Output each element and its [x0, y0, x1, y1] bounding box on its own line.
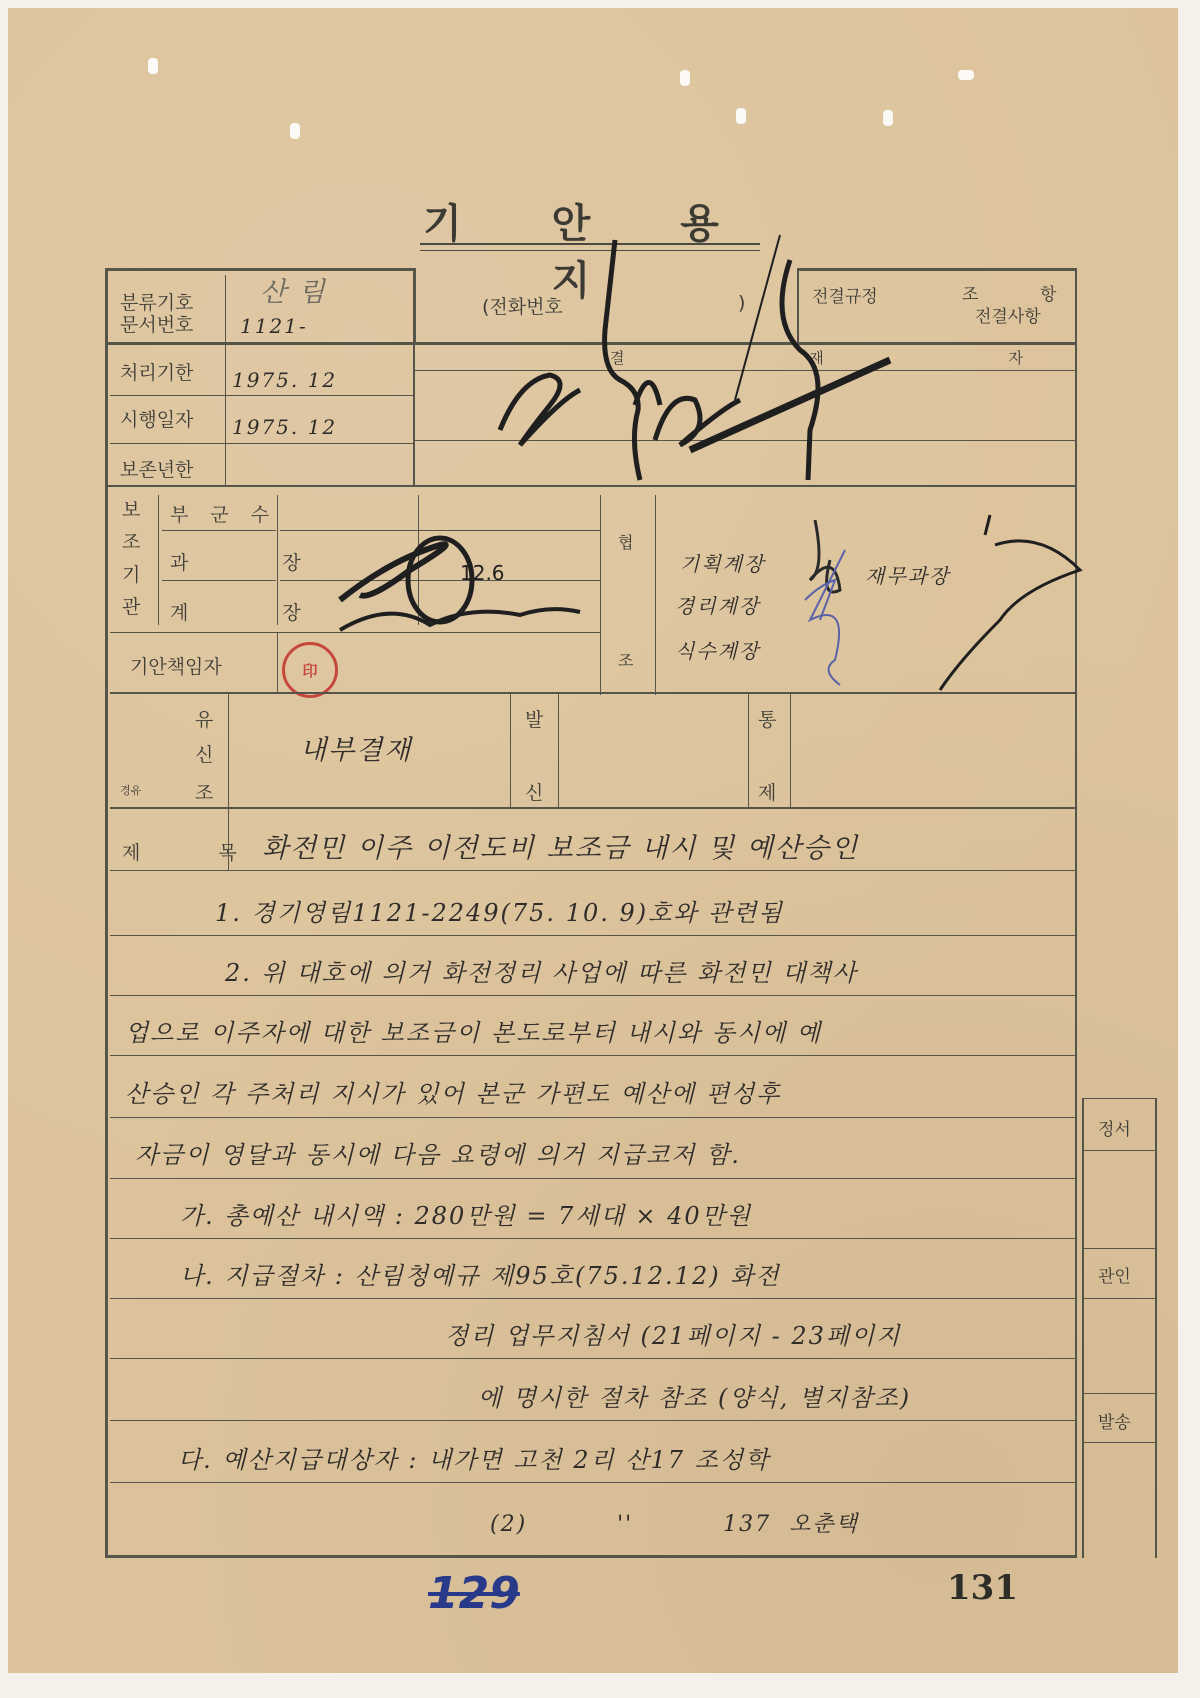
divider — [748, 694, 749, 807]
row-line — [1084, 1442, 1155, 1443]
old-page-number: 129 — [428, 1568, 520, 1619]
aux-group-label-4: 관 — [122, 592, 140, 619]
cooperation-label-bottom: 조 — [618, 648, 633, 671]
row-line — [1084, 1298, 1155, 1299]
punch-hole — [736, 108, 746, 124]
divider — [790, 694, 791, 807]
body-line-9: 에 명시한 절차 참조 (양식, 별지참조) — [478, 1378, 911, 1413]
via-label: 경유 — [120, 782, 141, 798]
row-line — [1084, 1393, 1155, 1394]
divider — [510, 694, 511, 807]
divider — [655, 495, 656, 695]
side-item-dispatch: 발송 — [1098, 1408, 1131, 1433]
effective-date-value: 1975. 12 — [232, 415, 337, 439]
divider — [225, 345, 226, 485]
aux-group-label-1: 보 — [122, 495, 140, 522]
retention-period-label: 보존년한 — [120, 455, 193, 482]
cooperation-entry-planning: 기획계장 — [680, 548, 765, 577]
aux-signature-date: 12.6 — [460, 561, 505, 585]
effective-date-label: 시행일자 — [120, 405, 193, 432]
side-panel-left — [1082, 1098, 1084, 1558]
divider — [228, 809, 229, 871]
divider — [228, 694, 229, 807]
body-line-5: 자금이 영달과 동시에 다음 요령에 의거 지급코저 함. — [135, 1135, 741, 1170]
ruled-line — [110, 1055, 1075, 1056]
divider — [277, 495, 278, 625]
recipient-label-2: 신 — [195, 740, 213, 767]
row-line — [162, 530, 276, 531]
subject-label: 제 목 — [122, 838, 273, 865]
divider — [158, 495, 159, 625]
divider — [413, 268, 416, 343]
body-line-4: 산승인 각 주처리 지시가 있어 본군 가편도 예산에 편성후 — [125, 1074, 781, 1109]
recipient-label-1: 유 — [195, 705, 213, 732]
ruled-line — [110, 1358, 1075, 1359]
row-line — [162, 580, 276, 581]
row-line — [110, 692, 1075, 694]
side-item-clean-copy: 정서 — [1098, 1115, 1131, 1140]
cooperation-entry-accounting: 경리계장 — [675, 590, 760, 619]
divider — [277, 632, 278, 694]
control-label-1: 통 — [758, 705, 776, 732]
aux-group-label-2: 조 — [122, 527, 140, 554]
punch-hole — [958, 70, 974, 80]
page-number: 131 — [947, 1568, 1018, 1608]
punch-hole — [680, 70, 690, 86]
body-line-1: 1. 경기영림1121-2249(75. 10. 9)호와 관련됨 — [215, 893, 784, 928]
punch-hole — [883, 110, 893, 126]
body-line-6: 가. 총예산 내시액 : 280만원 = 7세대 × 40만원 — [180, 1196, 752, 1231]
send-label-1: 발 — [525, 705, 543, 732]
side-panel-top — [1082, 1098, 1157, 1099]
body-line-8: 정리 업무지침서 (21페이지 - 23페이지 — [445, 1316, 901, 1351]
punch-hole — [148, 58, 158, 74]
approver-signature — [480, 230, 980, 500]
row-line — [1084, 1248, 1155, 1249]
classification-value: 산 림 — [260, 270, 327, 309]
row-line — [105, 485, 1077, 487]
divider — [225, 275, 226, 342]
ruled-line — [110, 995, 1075, 996]
clause-label: 항 — [1040, 280, 1056, 305]
side-item-official-seal: 관인 — [1098, 1262, 1131, 1287]
body-line-3: 업으로 이주자에 대한 보조금이 본도로부터 내시와 동시에 예 — [125, 1013, 822, 1048]
aux-row-county-vice: 부 군 수 — [170, 500, 277, 527]
subject-value: 화전민 이주 이전도비 보조금 내시 및 예산승인 — [262, 826, 859, 865]
ruled-line — [110, 1117, 1075, 1118]
aux-signature: 12.6 — [330, 520, 610, 640]
ruled-line — [110, 935, 1075, 936]
ruled-line — [110, 1238, 1075, 1239]
divider — [413, 345, 415, 485]
ruled-line — [110, 1178, 1075, 1179]
row-line — [110, 632, 600, 633]
send-label-2: 신 — [525, 778, 543, 805]
document-number-value: 1121- — [240, 314, 308, 338]
divider — [558, 694, 559, 807]
row-line — [1084, 1150, 1155, 1151]
aux-row-section-chief: 과 장 — [170, 548, 345, 575]
punch-hole — [290, 123, 300, 139]
aux-row-unit-chief: 계 장 — [170, 598, 345, 625]
recipient-label-3: 조 — [195, 778, 213, 805]
ruled-line — [110, 1482, 1075, 1483]
drafter-seal-stamp: 印 — [282, 642, 338, 698]
cooperation-label-top: 협 — [618, 530, 633, 553]
ruled-line — [110, 1298, 1075, 1299]
frame-bottom — [105, 1555, 1077, 1558]
document-number-label: 문서번호 — [120, 310, 193, 337]
row-line — [110, 870, 1075, 871]
processing-deadline-label: 처리기한 — [120, 358, 193, 385]
cooperation-entry-planting: 식수계장 — [675, 635, 760, 664]
ruled-line — [110, 1420, 1075, 1421]
row-line — [110, 443, 413, 444]
body-line-10: 다. 예산지급대상자 : 내가면 고천 2리 산17 조성학 — [178, 1440, 770, 1475]
body-line-7: 나. 지급절차 : 산림청예규 제95호(75.12.12) 화전 — [180, 1256, 781, 1291]
drafter-label: 기안책임자 — [130, 652, 222, 679]
delegation-item-label: 전결사항 — [975, 302, 1041, 327]
processing-deadline-value: 1975. 12 — [232, 368, 337, 392]
aux-group-label-3: 기 — [122, 560, 140, 587]
row-line — [110, 395, 413, 396]
side-panel-right — [1155, 1098, 1157, 1558]
cooperation-signatures — [790, 490, 1090, 760]
frame-right — [1075, 268, 1077, 1558]
row-line — [110, 807, 1075, 809]
control-label-2: 제 — [758, 778, 776, 805]
body-line-11: (2) '' 137 오춘택 — [490, 1507, 859, 1538]
recipient-value: 내부결재 — [300, 728, 412, 767]
body-line-2: 2. 위 대호에 의거 화전정리 사업에 따른 화전민 대책사 — [225, 953, 858, 988]
frame-left — [105, 268, 108, 1558]
